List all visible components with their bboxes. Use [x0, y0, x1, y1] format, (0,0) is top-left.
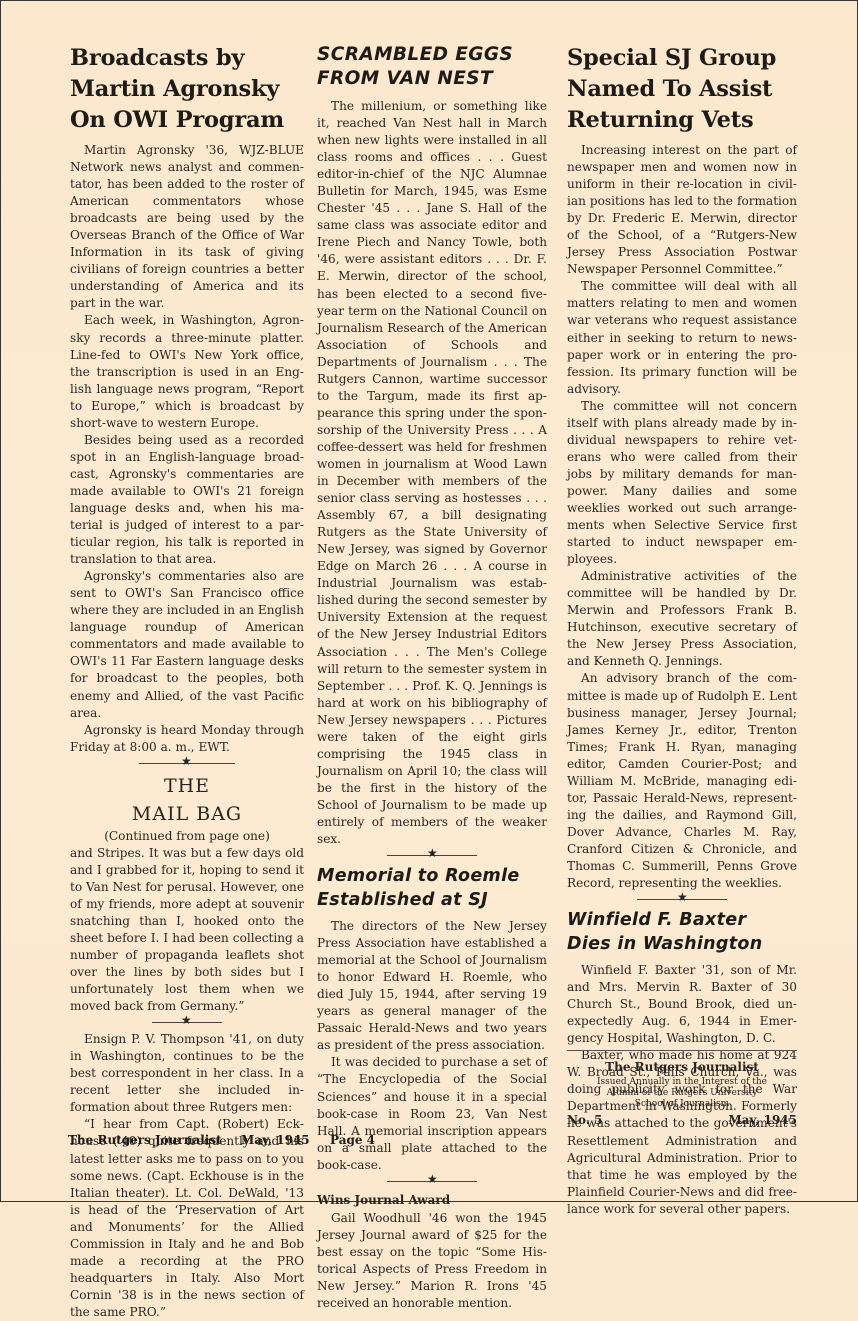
paragraph: Agronsky is heard Monday through Friday …	[70, 722, 304, 756]
masthead-issue-row: No. 5 May, 1945	[567, 1113, 797, 1127]
star-icon: ★	[181, 754, 192, 768]
star-icon: ★	[677, 890, 688, 904]
paragraph: Administrative activities of the committ…	[567, 568, 797, 670]
headline-scrambled-eggs: SCRAMBLED EGGS FROM VAN NEST	[317, 43, 547, 91]
headline-line: THE	[164, 775, 210, 797]
issue-date: May, 1945	[728, 1113, 797, 1127]
paragraph: Martin Agronsky '36, WJZ-BLUE Network ne…	[70, 142, 304, 312]
paragraph: Ensign P. V. Thompson '41, on duty in Wa…	[70, 1031, 304, 1116]
star-icon: ★	[427, 1172, 438, 1186]
headline-line: Special SJ Group	[567, 45, 776, 71]
column-2: SCRAMBLED EGGS FROM VAN NEST The milleni…	[317, 43, 547, 1202]
issued-line: Issued Annually in the Interest of the	[597, 1077, 767, 1087]
masthead-title: The Rutgers Journalist	[567, 1059, 797, 1075]
article-returning-vets: Special SJ Group Named To Assist Returni…	[567, 43, 797, 892]
footer-publication: The Rutgers Journalist	[68, 1133, 222, 1147]
issued-line: Alumni of the Rutgers University	[607, 1088, 758, 1098]
issued-line: School of Journalism	[635, 1099, 729, 1109]
star-divider: ★	[152, 1017, 222, 1027]
article-memorial: Memorial to Roemle Established at SJ The…	[317, 864, 547, 1174]
headline-line: Dies in Washington	[567, 934, 762, 954]
headline-memorial: Memorial to Roemle Established at SJ	[317, 864, 547, 912]
headline-line: Memorial to Roemle	[317, 866, 520, 886]
headline-line: Martin Agronsky	[70, 76, 279, 102]
star-icon: ★	[181, 1013, 192, 1027]
headline-journal-award: Wins Journal Award	[317, 1192, 547, 1202]
paragraph: An advisory branch of the com­mittee is …	[567, 670, 797, 892]
headline-line: MAIL BAG	[132, 803, 242, 825]
masthead: The Rutgers Journalist Issued Annually i…	[567, 1050, 797, 1127]
paragraph: Increasing interest on the part of newsp…	[567, 142, 797, 278]
issue-number: No. 5	[567, 1113, 602, 1127]
paragraph: Each week, in Washington, Agron­sky reco…	[70, 312, 304, 431]
headline-returning-vets: Special SJ Group Named To Assist Returni…	[567, 43, 797, 136]
paragraph: The committee will deal with all matters…	[567, 278, 797, 397]
headline-baxter: Winfield F. Baxter Dies in Washington	[567, 908, 797, 956]
article-journal-award: Wins Journal Award Gail Woodhull '46 won…	[317, 1192, 547, 1202]
column-1: Broadcasts by Martin Agronsky On OWI Pro…	[70, 43, 304, 1202]
headline-line: Established at SJ	[317, 890, 488, 910]
paragraph: Winfield F. Baxter '31, son of Mr. and M…	[567, 962, 797, 1047]
footer-date: May, 1945	[241, 1133, 310, 1147]
paragraph: The millenium, or something like it, rea…	[317, 98, 547, 848]
paragraph: “I hear from Capt. (Robert) Eck­house ('…	[70, 1116, 304, 1202]
paragraph: Agronsky's commentaries also are sent to…	[70, 568, 304, 721]
headline-line: Broadcasts by	[70, 45, 244, 71]
headline-line: SCRAMBLED EGGS	[317, 44, 513, 65]
headline-line: Returning Vets	[567, 107, 753, 133]
paragraph: It was decided to purchase a set of “The…	[317, 1054, 547, 1173]
star-divider: ★	[387, 1176, 477, 1186]
article-agronsky: Broadcasts by Martin Agronsky On OWI Pro…	[70, 43, 304, 756]
headline-line: On OWI Program	[70, 107, 284, 133]
headline-line: FROM VAN NEST	[317, 68, 493, 89]
headline-agronsky: Broadcasts by Martin Agronsky On OWI Pro…	[70, 43, 304, 136]
paragraph: The committee will not concern itself wi…	[567, 398, 797, 568]
star-divider: ★	[387, 850, 477, 860]
paragraph: The directors of the New Jersey Press As…	[317, 918, 547, 1054]
paragraph: Besides being used as a recorded spot in…	[70, 432, 304, 568]
star-divider: ★	[139, 758, 235, 768]
headline-line: Named To Assist	[567, 76, 772, 102]
article-scrambled-eggs: SCRAMBLED EGGS FROM VAN NEST The milleni…	[317, 43, 547, 848]
headline-mail-bag: THE MAIL BAG	[70, 772, 304, 828]
masthead-issued: Issued Annually in the Interest of the A…	[567, 1077, 797, 1110]
star-divider: ★	[637, 894, 727, 904]
headline-line: Winfield F. Baxter	[567, 910, 746, 930]
column-3: Special SJ Group Named To Assist Returni…	[567, 43, 797, 1202]
paragraph: and Stripes. It was but a few days old a…	[70, 845, 304, 1015]
star-icon: ★	[427, 846, 438, 860]
newspaper-page: Broadcasts by Martin Agronsky On OWI Pro…	[0, 0, 858, 1202]
continued-note: (Continued from page one)	[70, 828, 304, 845]
footer-page-number: Page 4	[330, 1133, 375, 1147]
